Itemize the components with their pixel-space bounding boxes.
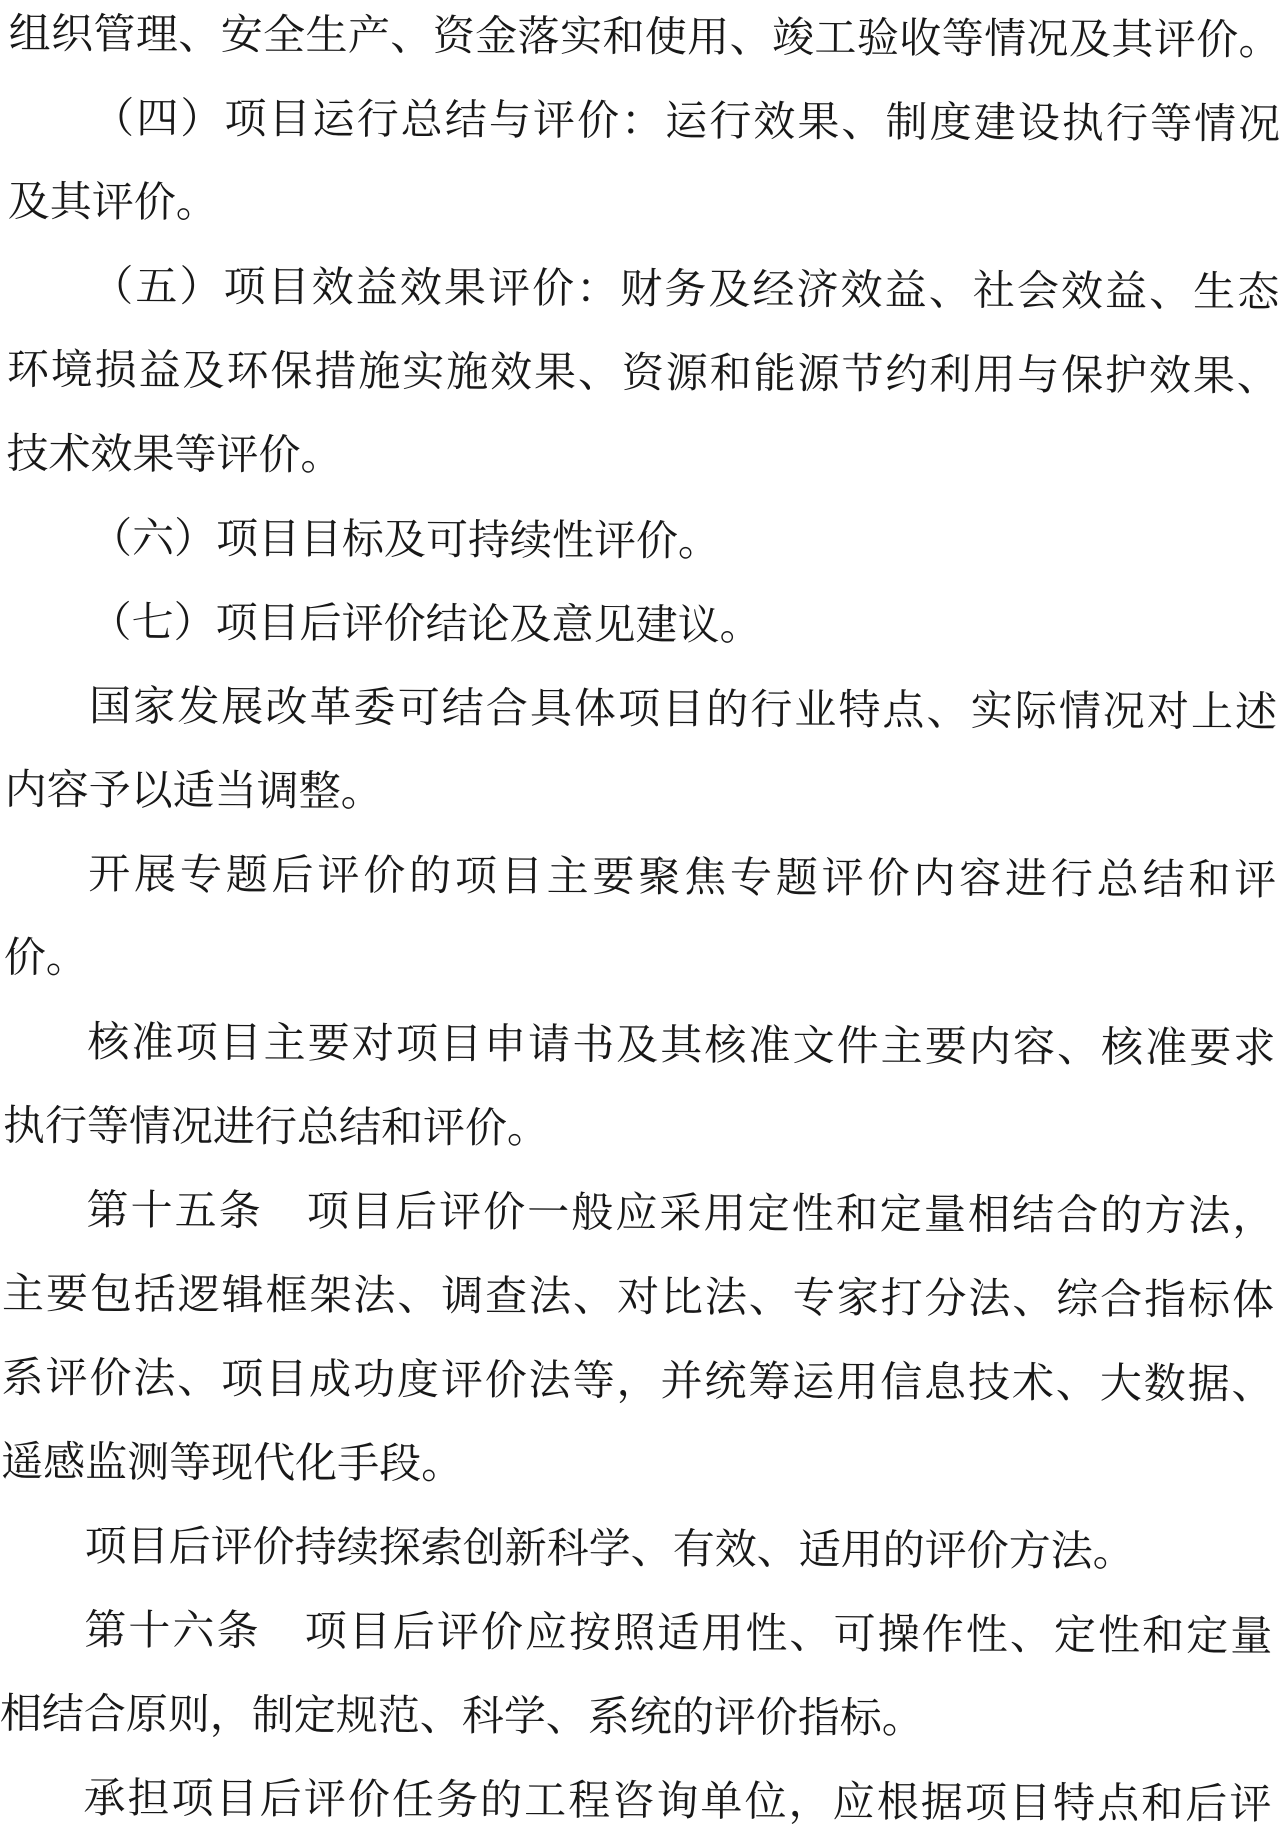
document-line: 第十五条 项目后评价一般应采用定性和定量相结合的方法， xyxy=(2,1169,1274,1260)
document-line: 项目后评价持续探索创新科学、有效、适用的评价方法。 xyxy=(1,1505,1273,1596)
document-page: 组织管理、安全生产、资金落实和使用、竣工验收等情况及其评价。 （四）项目运行总结… xyxy=(0,0,1280,1848)
document-line: 组织管理、安全生产、资金落实和使用、竣工验收等情况及其评价。 xyxy=(8,0,1280,83)
document-line: 价。 xyxy=(4,917,1276,1008)
document-line: 内容予以适当调整。 xyxy=(4,749,1276,840)
document-line: 开展专题后评价的项目主要聚焦专题评价内容进行总结和评 xyxy=(4,833,1276,924)
document-line: （四）项目运行总结与评价：运行效果、制度建设执行等情况 xyxy=(8,77,1280,168)
document-line: 遥感监测等现代化手段。 xyxy=(1,1421,1273,1512)
document-line: 及其评价。 xyxy=(8,161,1280,252)
document-line: 系评价法、项目成功度评价法等，并统筹运用信息技术、大数据、 xyxy=(1,1337,1273,1428)
document-line: 技术效果等评价。 xyxy=(6,413,1278,504)
document-line: 相结合原则，制定规范、科学、系统的评价指标。 xyxy=(0,1673,1272,1764)
document-line: （七）项目后评价结论及意见建议。 xyxy=(5,581,1277,672)
document-line: （五）项目效益效果评价：财务及经济效益、社会效益、生态 xyxy=(7,245,1279,336)
document-line: 核准项目主要对项目申请书及其核准文件主要内容、核准要求 xyxy=(3,1001,1275,1092)
document-line: （六）项目目标及可持续性评价。 xyxy=(6,497,1278,588)
document-line: 主要包括逻辑框架法、调查法、对比法、专家打分法、综合指标体 xyxy=(2,1253,1274,1344)
document-line: 承担项目后评价任务的工程咨询单位，应根据项目特点和后评 xyxy=(0,1757,1272,1848)
document-line: 国家发展改革委可结合具体项目的行业特点、实际情况对上述 xyxy=(5,665,1277,756)
document-line: 第十六条 项目后评价应按照适用性、可操作性、定性和定量 xyxy=(0,1589,1272,1680)
document-line: 执行等情况进行总结和评价。 xyxy=(3,1085,1275,1176)
document-line: 环境损益及环保措施实施效果、资源和能源节约利用与保护效果、 xyxy=(7,329,1279,420)
